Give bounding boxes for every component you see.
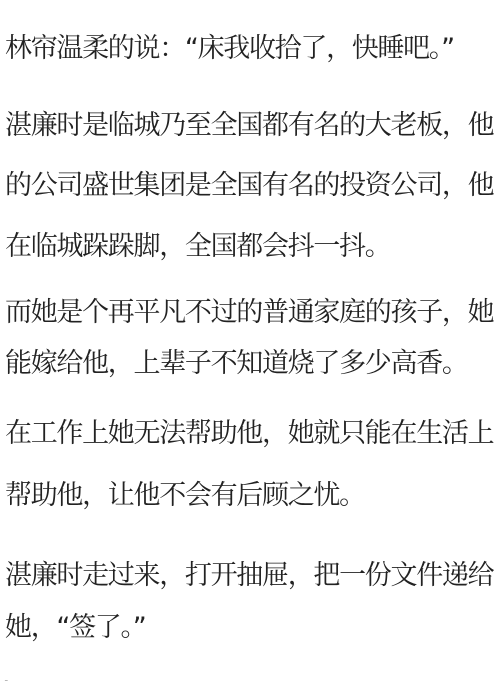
text-line: 她，“签了。”: [5, 614, 145, 641]
text-line: 而她是个再平凡不过的普通家庭的孩子，她: [5, 299, 493, 326]
text-line-truncated: .: [2, 662, 9, 681]
text-line: 在工作上她无法帮助他，她就只能在生活上: [5, 420, 493, 447]
text-line: 能嫁给他，上辈子不知道烧了多少高香。: [5, 350, 468, 377]
text-line: 在临城跺跺脚，全国都会抖一抖。: [5, 233, 391, 260]
text-line: 湛廉时走过来，打开抽屉，把一份文件递给: [5, 562, 493, 589]
page: 林帘温柔的说：“床我收拾了，快睡吧。” 湛廉时是临城乃至全国都有名的大老板，他 …: [0, 0, 500, 681]
text-line: 的公司盛世集团是全国有名的投资公司，他: [5, 172, 493, 199]
text-line: 湛廉时是临城乃至全国都有名的大老板，他: [5, 112, 493, 139]
text-line: 帮助他，让他不会有后顾之忧。: [5, 482, 365, 509]
text-line: 林帘温柔的说：“床我收拾了，快睡吧。”: [5, 35, 454, 62]
